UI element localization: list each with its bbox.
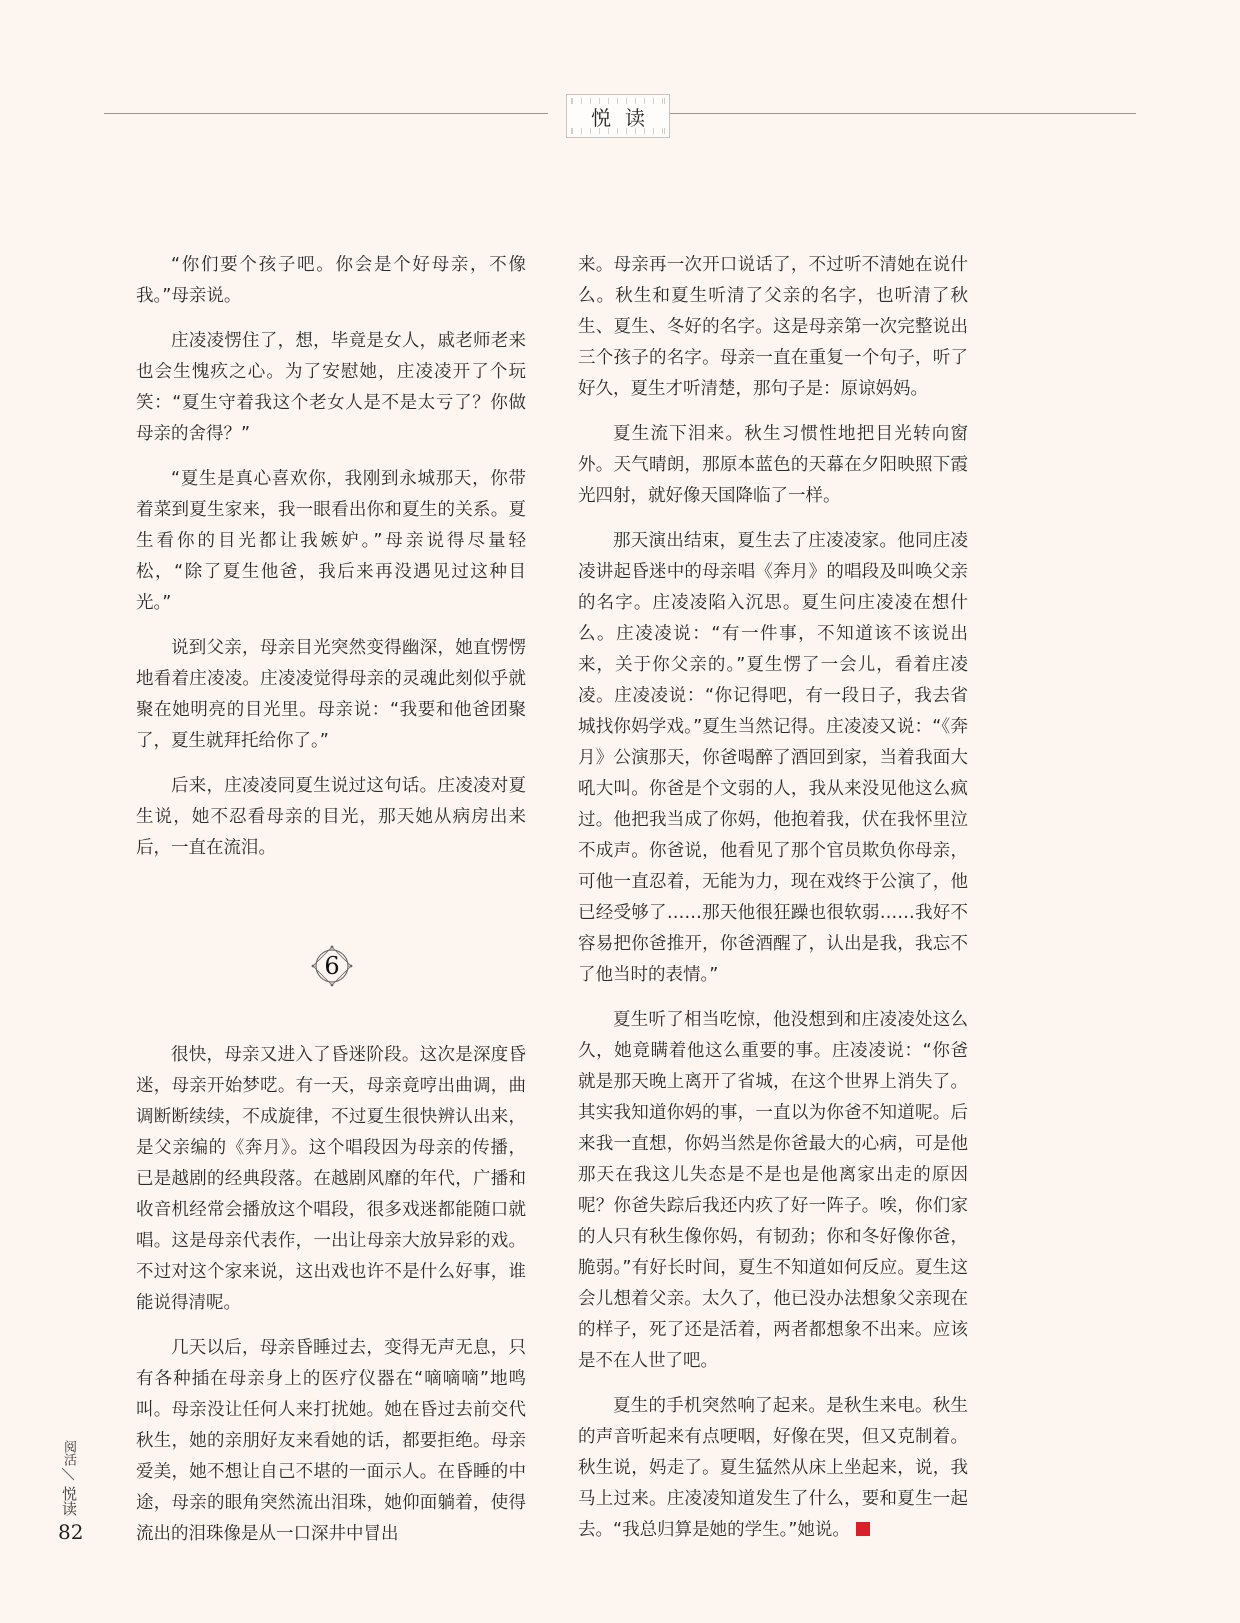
paragraph: “夏生是真心喜欢你，我刚到永城那天，你带着菜到夏生家来，我一眼看出你和夏生的关系… [136,464,526,619]
paragraph: 很快，母亲又进入了昏迷阶段。这次是深度昏迷，母亲开始梦呓。有一天，母亲竟哼出曲调… [136,1040,526,1319]
slash-divider-icon [60,1466,76,1482]
end-of-article-mark-icon [856,1522,870,1536]
header-rule-right [650,113,1136,114]
right-column: 来。母亲再一次开口说话了，不过听不清她在说什么。秋生和夏生听清了父亲的名字，也听… [578,250,968,1560]
paragraph: 庄凌凌愣住了，想，毕竟是女人，戚老师老来也会生愧疚之心。为了安慰她，庄凌凌开了个… [136,326,526,450]
paragraph-text: 夏生的手机突然响了起来。是秋生来电。秋生的声音听起来有点哽咽，好像在哭，但又克制… [578,1396,968,1540]
section-number-ornament: 6 [310,944,354,988]
page-number: 82 [58,1520,83,1544]
paragraph: 夏生流下泪来。秋生习惯性地把目光转向窗外。天气晴朗，那原本蓝色的天幕在夕阳映照下… [578,419,968,512]
paragraph-continuation: 来。母亲再一次开口说话了，不过听不清她在说什么。秋生和夏生听清了父亲的名字，也听… [578,250,968,405]
paragraph: 说到父亲，母亲目光突然变得幽深，她直愣愣地看着庄凌凌。庄凌凌觉得母亲的灵魂此刻似… [136,633,526,757]
section-number: 6 [310,944,354,988]
section-header-title: 悦读 [577,102,659,131]
magazine-section-label: 阅活 悦读 [60,1440,78,1516]
paragraph: 夏生听了相当吃惊，他没想到和庄凌凌处这么久，她竟瞒着他这么重要的事。庄凌凌说：“… [578,1005,968,1377]
left-column: “你们要个孩子吧。你会是个好母亲，不像我。”母亲说。 庄凌凌愣住了，想，毕竟是女… [136,250,526,878]
side-label-bottom: 悦读 [60,1486,77,1516]
section-header-badge: 悦读 [566,94,670,138]
paragraph: 几天以后，母亲昏睡过去，变得无声无息，只有各种插在母亲身上的医疗仪器在“嘀嘀嘀”… [136,1333,526,1550]
paragraph: 后来，庄凌凌同夏生说过这句话。庄凌凌对夏生说，她不忍看母亲的目光，那天她从病房出… [136,771,526,864]
paragraph-final: 夏生的手机突然响了起来。是秋生来电。秋生的声音听起来有点哽咽，好像在哭，但又克制… [578,1391,968,1546]
paragraph: “你们要个孩子吧。你会是个好母亲，不像我。”母亲说。 [136,250,526,312]
side-label-top: 阅活 [60,1440,77,1466]
left-column-continued: 很快，母亲又进入了昏迷阶段。这次是深度昏迷，母亲开始梦呓。有一天，母亲竟哼出曲调… [136,1040,526,1564]
paragraph: 那天演出结束，夏生去了庄凌凌家。他同庄凌凌讲起昏迷中的母亲唱《奔月》的唱段及叫唤… [578,526,968,991]
header-rule-left [104,113,548,114]
